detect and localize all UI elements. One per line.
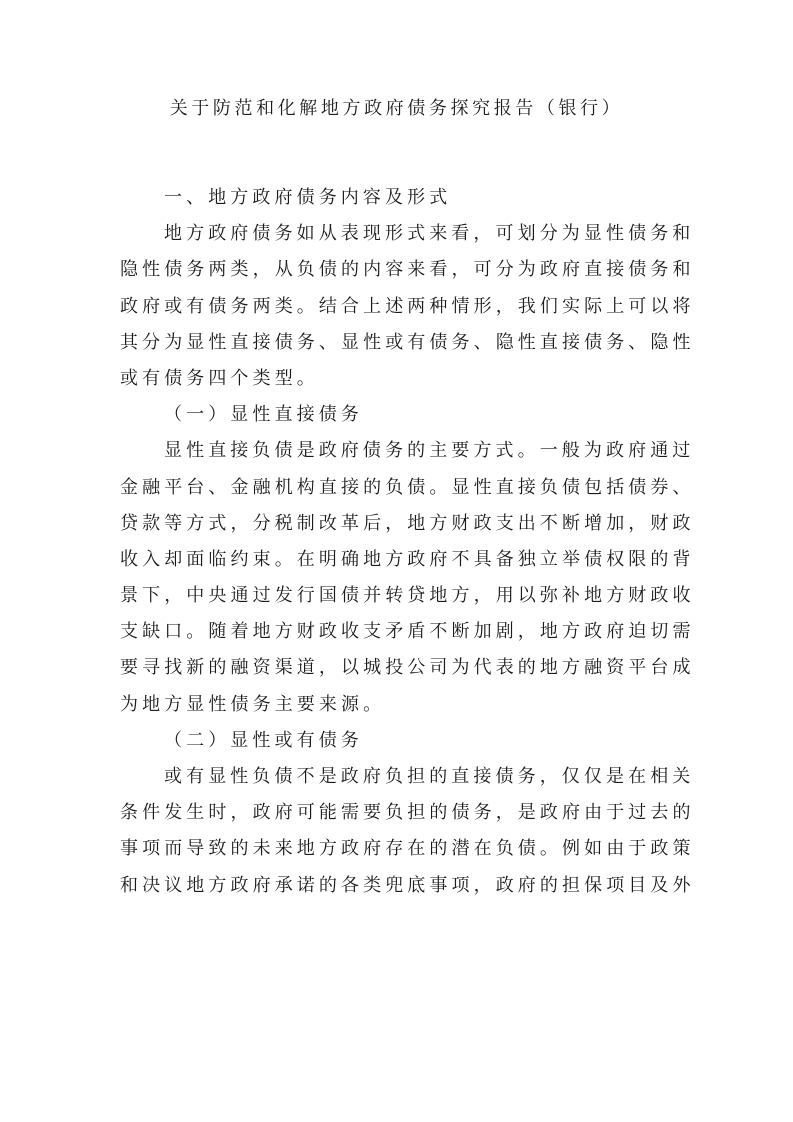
subsection-heading-1: （一）显性直接债务	[120, 397, 676, 433]
text-line: 支缺口。随着地方财政收支矛盾不断加剧，地方政府迫切需	[120, 614, 676, 650]
text-line: 事项而导致的未来地方政府存在的潜在负债。例如由于政策	[120, 831, 676, 867]
text-line: 贷款等方式，分税制改革后，地方财政支出不断增加，财政	[120, 506, 676, 542]
text-line: 或有债务四个类型。	[120, 361, 676, 397]
text-line: 条件发生时，政府可能需要负担的债务，是政府由于过去的	[120, 795, 676, 831]
section-heading-1: 一、地方政府债务内容及形式	[120, 180, 676, 216]
text-line: 地方政府债务如从表现形式来看，可划分为显性债务和	[120, 216, 676, 252]
subsection-heading-2: （二）显性或有债务	[120, 723, 676, 759]
text-line: 政府或有债务两类。结合上述两种情形，我们实际上可以将	[120, 289, 676, 325]
text-line: 景下，中央通过发行国债并转贷地方，用以弥补地方财政收	[120, 578, 676, 614]
text-line: 收入却面临约束。在明确地方政府不具备独立举债权限的背	[120, 542, 676, 578]
text-line: 和决议地方政府承诺的各类兜底事项，政府的担保项目及外	[120, 868, 676, 904]
document-page: 关于防范和化解地方政府债务探究报告（银行） 一、地方政府债务内容及形式 地方政府…	[0, 0, 793, 1122]
document-body: 一、地方政府债务内容及形式 地方政府债务如从表现形式来看，可划分为显性债务和 隐…	[120, 180, 676, 904]
document-title: 关于防范和化解地方政府债务探究报告（银行）	[0, 97, 793, 121]
text-line: 隐性债务两类，从负债的内容来看，可分为政府直接债务和	[120, 252, 676, 288]
text-line: 金融平台、金融机构直接的负债。显性直接负债包括债券、	[120, 470, 676, 506]
text-line: 要寻找新的融资渠道，以城投公司为代表的地方融资平台成	[120, 650, 676, 686]
text-line: 或有显性负债不是政府负担的直接债务，仅仅是在相关	[120, 759, 676, 795]
text-line: 其分为显性直接债务、显性或有债务、隐性直接债务、隐性	[120, 325, 676, 361]
text-line: 为地方显性债务主要来源。	[120, 687, 676, 723]
text-line: 显性直接负债是政府债务的主要方式。一般为政府通过	[120, 433, 676, 469]
